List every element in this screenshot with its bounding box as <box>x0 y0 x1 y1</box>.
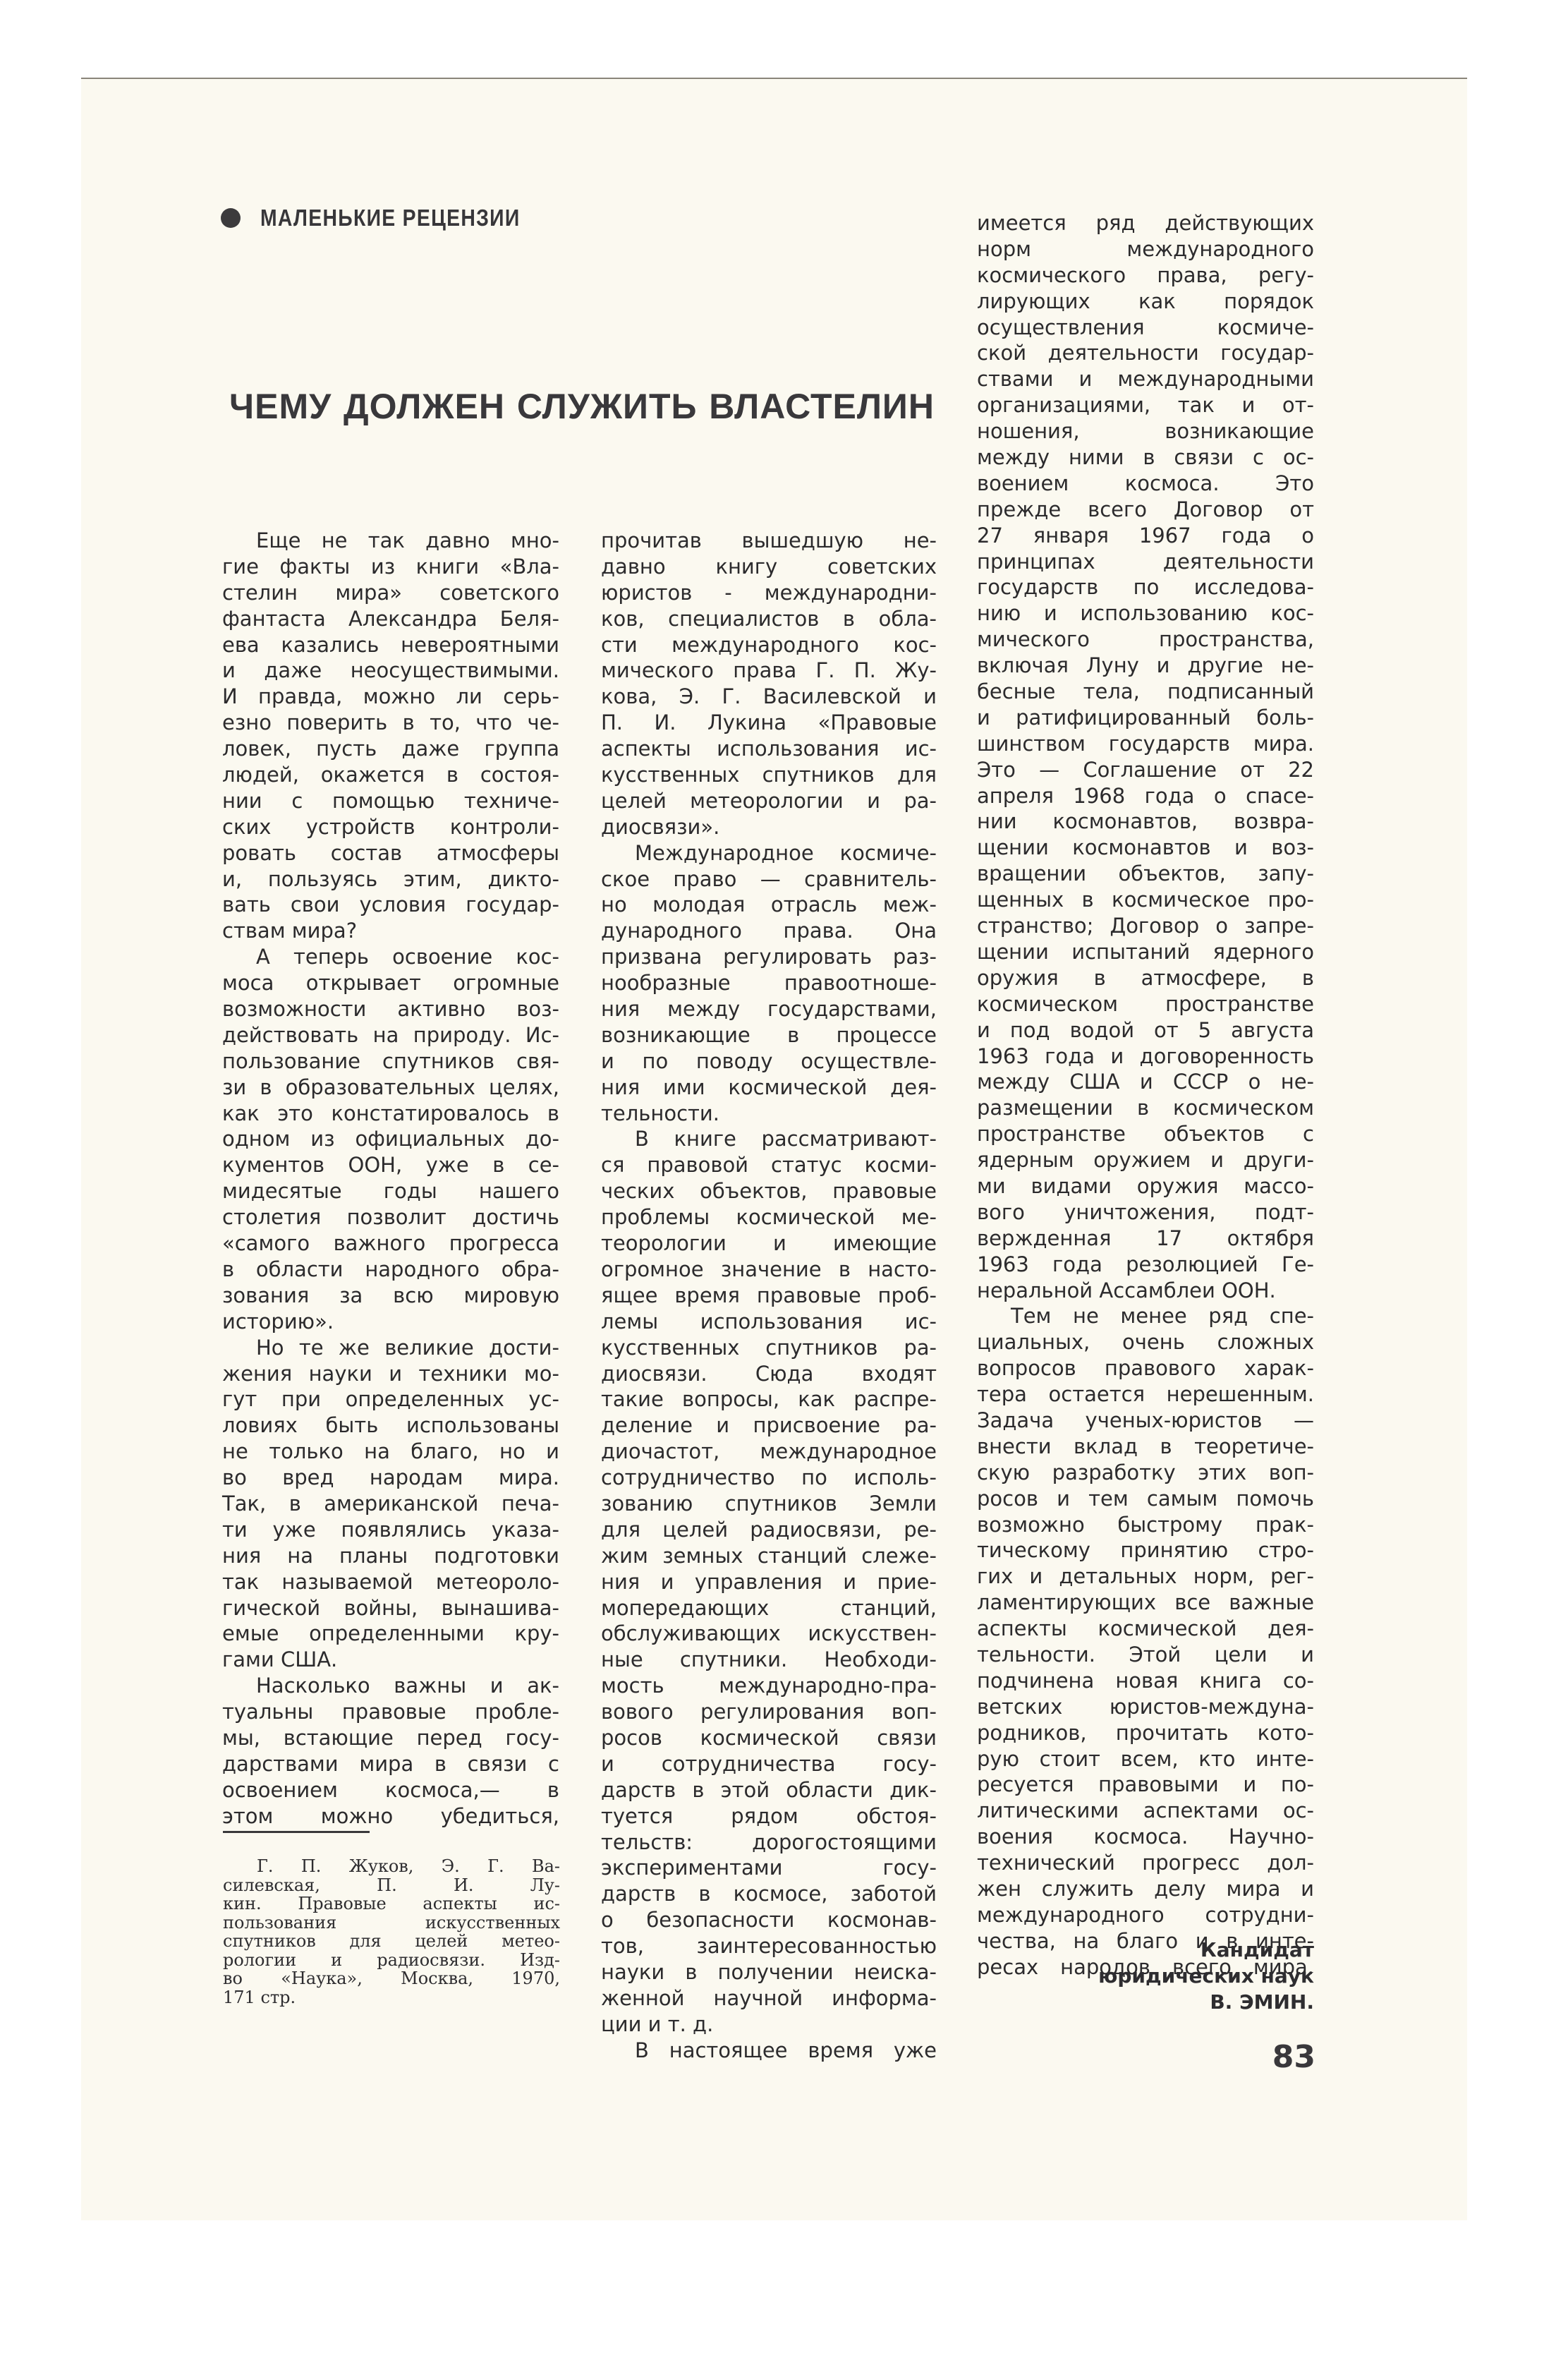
text-column-3: имеется ряд действующихнорм международно… <box>977 210 1314 1980</box>
text-line: диосвязи. Сюда входят <box>601 1361 937 1387</box>
text-line: целей метеорологии и ра- <box>601 788 937 814</box>
text-line: литическими аспектами ос- <box>977 1798 1314 1824</box>
text-line: Так, в американской печа- <box>222 1491 559 1517</box>
text-line: гих и детальных норм, рег- <box>977 1564 1314 1590</box>
text-line: 1963 года резолюцией Ге- <box>977 1252 1314 1278</box>
author-signature: Кандидат юридических наук В. ЭМИН. <box>977 1937 1314 2015</box>
text-line: проблемы космической ме- <box>601 1204 937 1230</box>
text-line: давно книгу советских <box>601 554 937 580</box>
text-line: вать свои условия государ- <box>222 892 559 918</box>
text-line: гами США. <box>222 1647 559 1673</box>
text-line: пользование спутников свя- <box>222 1048 559 1075</box>
text-line: во «Наука», Москва, 1970, <box>223 1969 560 1988</box>
text-line: обслуживающих искусствен- <box>601 1621 937 1647</box>
text-line: огромное значение в насто- <box>601 1257 937 1283</box>
title-word: СЛУЖИТЬ <box>517 387 698 426</box>
text-line: прежде всего Договор от <box>977 497 1314 523</box>
text-line: кова, Э. Г. Василевской и <box>601 684 937 710</box>
section-label: МАЛЕНЬКИЕ РЕЦЕНЗИИ <box>260 205 521 231</box>
text-line: но молодая отрасль меж- <box>601 892 937 918</box>
text-column-2: прочитав вышедшую не-давно книгу советск… <box>601 528 937 2064</box>
text-line: тельств: дорогостоящими <box>601 1829 937 1856</box>
text-line: тельности. <box>601 1101 937 1127</box>
text-line: ских устройств контроли- <box>222 814 559 840</box>
text-line: щенных в космическое про- <box>977 887 1314 913</box>
text-line: 1963 года и договоренность <box>977 1044 1314 1070</box>
title-word: ЧЕМУ <box>229 387 332 426</box>
text-line: сотрудничество по исполь- <box>601 1465 937 1491</box>
text-line: включая Луну и другие не- <box>977 653 1314 679</box>
text-line: ческих объектов, правовые <box>601 1178 937 1204</box>
text-line: и сотрудничества госу- <box>601 1751 937 1777</box>
text-line: оружия в атмосфере, в <box>977 965 1314 991</box>
text-line: вращении объектов, запу- <box>977 861 1314 887</box>
text-line: юристов - международни- <box>601 580 937 606</box>
text-line: ми видами оружия массо- <box>977 1173 1314 1199</box>
text-line: ветских юристов-междуна- <box>977 1694 1314 1720</box>
text-line: вопросов правового харак- <box>977 1355 1314 1381</box>
text-line: ловек, пусть даже группа <box>222 736 559 762</box>
text-line: между ними в связи с ос- <box>977 444 1314 471</box>
text-line: дарств в этой области дик- <box>601 1777 937 1803</box>
text-line: размещении в космическом <box>977 1095 1314 1121</box>
text-line: рую стоит всем, кто инте- <box>977 1746 1314 1772</box>
text-line: ресуется правовыми и по- <box>977 1772 1314 1798</box>
text-line: ламентирующих все важные <box>977 1590 1314 1616</box>
text-line: ствами и международными <box>977 366 1314 392</box>
text-line: родников, прочитать кото- <box>977 1720 1314 1746</box>
text-line: ния и управления и прие- <box>601 1569 937 1595</box>
text-line: столетия позволит достичь <box>222 1204 559 1230</box>
text-line: диосвязи». <box>601 814 937 840</box>
text-line: и по поводу осуществле- <box>601 1048 937 1075</box>
text-line: тов, заинтересованностью <box>601 1933 937 1959</box>
text-line: туальны правовые пробле- <box>222 1699 559 1725</box>
text-line: международного сотрудни- <box>977 1902 1314 1928</box>
text-line: мость международно-пра- <box>601 1673 937 1699</box>
text-line: жим земных станций слеже- <box>601 1543 937 1569</box>
text-line: стелин мира» советского <box>222 580 559 606</box>
text-line: росов космической связи <box>601 1725 937 1751</box>
text-line: Задача ученых-юристов — <box>977 1408 1314 1434</box>
text-line: освоением космоса,— в <box>222 1777 559 1803</box>
text-line: подчинена новая книга со- <box>977 1668 1314 1694</box>
text-line: щении космонавтов и воз- <box>977 835 1314 861</box>
text-line: во вред народам мира. <box>222 1465 559 1491</box>
text-line: ти уже появлялись указа- <box>222 1517 559 1543</box>
text-line: вержденная 17 октября <box>977 1226 1314 1252</box>
text-line: как это констатировалось в <box>222 1101 559 1127</box>
text-line: государств по исследова- <box>977 574 1314 600</box>
text-line: дарствами мира в связи с <box>222 1751 559 1777</box>
text-line: ся правовой статус косми- <box>601 1152 937 1178</box>
text-line: космического права, регу- <box>977 262 1314 289</box>
text-line: Международное космиче- <box>601 840 937 866</box>
text-line: лемы использования ис- <box>601 1309 937 1335</box>
text-line: историю». <box>222 1309 559 1335</box>
text-line: циальных, очень сложных <box>977 1329 1314 1355</box>
text-line: мического права Г. П. Жу- <box>601 658 937 684</box>
text-line: моса открывает огромные <box>222 970 559 996</box>
text-line: мидесятые годы нашего <box>222 1178 559 1204</box>
text-line: космическом пространстве <box>977 991 1314 1017</box>
text-line: «самого важного прогресса <box>222 1230 559 1257</box>
text-line: воением космоса. Это <box>977 471 1314 497</box>
text-line: странство; Договор о запре- <box>977 913 1314 939</box>
text-line: П. И. Лукина «Правовые <box>601 710 937 736</box>
text-line: диочастот, международное <box>601 1439 937 1465</box>
text-line: науки в получении неиска- <box>601 1959 937 1985</box>
text-line: одном из официальных до- <box>222 1126 559 1152</box>
text-line: щении испытаний ядерного <box>977 939 1314 965</box>
text-line: нии космонавтов, возвра- <box>977 809 1314 835</box>
text-line: неральной Ассамблеи ООН. <box>977 1278 1314 1304</box>
text-line: кусственных спутников для <box>601 762 937 788</box>
text-line: езно поверить в то, что че- <box>222 710 559 736</box>
text-line: сти международного кос- <box>601 632 937 658</box>
text-line: нию и использованию кос- <box>977 600 1314 627</box>
text-line: так называемой метеороло- <box>222 1569 559 1595</box>
text-line: такие вопросы, как распре- <box>601 1386 937 1413</box>
text-line: пользования искусственных <box>223 1913 560 1933</box>
text-line: зи в образовательных целях, <box>222 1075 559 1101</box>
text-line: ствам мира? <box>222 918 559 944</box>
text-line: ское право — сравнитель- <box>601 866 937 893</box>
text-line: людей, окажется в состоя- <box>222 762 559 788</box>
text-line: осуществления космиче- <box>977 315 1314 341</box>
text-line: призвана регулировать раз- <box>601 944 937 970</box>
text-line: пространстве объектов с <box>977 1121 1314 1147</box>
text-line: емые определенными кру- <box>222 1621 559 1647</box>
text-line: Но те же великие дости- <box>222 1335 559 1361</box>
text-line: для целей радиосвязи, ре- <box>601 1517 937 1543</box>
text-line: женной научной информа- <box>601 1985 937 2012</box>
text-line: апреля 1968 года о спасе- <box>977 783 1314 809</box>
text-line: возможно быстрому прак- <box>977 1512 1314 1538</box>
text-line: в области народного обра- <box>222 1257 559 1283</box>
text-line: ков, специалистов в обла- <box>601 606 937 632</box>
text-line: вого уничтожения, подт- <box>977 1199 1314 1226</box>
article-title: ЧЕМУ ДОЛЖЕН СЛУЖИТЬ ВЛАСТЕЛИН <box>229 387 935 426</box>
text-line: зования за всю мировую <box>222 1283 559 1309</box>
text-line: ные спутники. Необходи- <box>601 1647 937 1673</box>
page-number: 83 <box>1256 2039 1315 2075</box>
text-line: спутников для целей метео- <box>223 1932 560 1951</box>
text-line: гут при определенных ус- <box>222 1386 559 1413</box>
title-word: ДОЛЖЕН <box>344 387 505 426</box>
text-line: дународного права. Она <box>601 918 937 944</box>
text-line: ношения, возникающие <box>977 418 1314 444</box>
text-line: бесные тела, подписанный <box>977 679 1314 705</box>
text-line: аспекты космической дея- <box>977 1616 1314 1642</box>
text-line: не только на благо, но и <box>222 1439 559 1465</box>
text-line: и, пользуясь этим, дикто- <box>222 866 559 893</box>
text-line: ния на планы подготовки <box>222 1543 559 1569</box>
text-line: 27 января 1967 года о <box>977 523 1314 549</box>
text-line: теорологии и имеющие <box>601 1230 937 1257</box>
text-line: ядерным оружием и други- <box>977 1147 1314 1173</box>
text-line: гие факты из книги «Вла- <box>222 554 559 580</box>
text-line: ева казались невероятными <box>222 632 559 658</box>
title-word: ВЛАСТЕЛИН <box>709 387 935 426</box>
text-line: аспекты использования ис- <box>601 736 937 762</box>
text-line: внести вклад в теоретиче- <box>977 1434 1314 1460</box>
text-line: экспериментами госу- <box>601 1855 937 1881</box>
author-degree: Кандидат <box>977 1937 1314 1963</box>
text-line: ции и т. д. <box>601 2012 937 2038</box>
text-line: ровать состав атмосферы <box>222 840 559 866</box>
text-line: мы, встающие перед госу- <box>222 1725 559 1751</box>
text-line: возможности активно воз- <box>222 996 559 1022</box>
text-line: ния между государствами, <box>601 996 937 1022</box>
text-line: шинством государств мира. <box>977 731 1314 757</box>
text-line: скую разработку этих воп- <box>977 1460 1314 1486</box>
text-line: действовать на природу. Ис- <box>222 1022 559 1048</box>
text-line: лирующих как порядок <box>977 289 1314 315</box>
text-line: технический прогресс дол- <box>977 1850 1314 1876</box>
text-line: зованию спутников Земли <box>601 1491 937 1517</box>
text-line: А теперь освоение кос- <box>222 944 559 970</box>
text-line: между США и СССР о не- <box>977 1069 1314 1095</box>
footnote-divider <box>223 1831 370 1833</box>
text-line: кин. Правовые аспекты ис- <box>223 1894 560 1913</box>
text-line: и даже неосуществимыми. <box>222 658 559 684</box>
text-line: организациями, так и от- <box>977 392 1314 418</box>
text-line: Еще не так давно мно- <box>222 528 559 554</box>
text-line: жен служить делу мира и <box>977 1876 1314 1902</box>
text-line: о безопасности космонав- <box>601 1907 937 1933</box>
text-line: норм международного <box>977 236 1314 262</box>
footnote-bibliography: Г. П. Жуков, Э. Г. Ва-силевская, П. И. Л… <box>223 1857 560 2007</box>
text-line: дарств в космосе, заботой <box>601 1881 937 1907</box>
text-line: В книге рассматривают- <box>601 1126 937 1152</box>
text-line: принципах деятельности <box>977 549 1314 575</box>
text-line: прочитав вышедшую не- <box>601 528 937 554</box>
text-line: Тем не менее ряд спе- <box>977 1303 1314 1329</box>
text-line: фантаста Александра Беля- <box>222 606 559 632</box>
text-line: возникающие в процессе <box>601 1022 937 1048</box>
text-line: жения науки и техники мо- <box>222 1361 559 1387</box>
text-line: ловиях быть использованы <box>222 1413 559 1439</box>
text-line: рологии и радиосвязи. Изд- <box>223 1951 560 1970</box>
text-line: деление и присвоение ра- <box>601 1413 937 1439</box>
text-line: имеется ряд действующих <box>977 210 1314 236</box>
text-line: этом можно убедиться, <box>222 1803 559 1829</box>
text-line: ской деятельности государ- <box>977 340 1314 366</box>
text-line: мического пространства, <box>977 627 1314 653</box>
text-line: и под водой от 5 августа <box>977 1017 1314 1044</box>
text-line: вового регулирования воп- <box>601 1699 937 1725</box>
text-line: росов и тем самым помочь <box>977 1486 1314 1512</box>
bullet-icon <box>221 208 241 228</box>
text-line: ящее время правовые проб- <box>601 1283 937 1309</box>
text-line: туется рядом обстоя- <box>601 1803 937 1829</box>
text-line: Это — Соглашение от 22 <box>977 757 1314 783</box>
text-line: тельности. Этой цели и <box>977 1642 1314 1668</box>
text-line: кусственных спутников ра- <box>601 1335 937 1361</box>
section-header: МАЛЕНЬКИЕ РЕЦЕНЗИИ <box>221 207 563 229</box>
text-line: И правда, можно ли серь- <box>222 684 559 710</box>
author-field: юридических наук <box>977 1963 1314 1989</box>
text-line: нообразные правоотноше- <box>601 970 937 996</box>
text-line: силевская, П. И. Лу- <box>223 1876 560 1895</box>
text-line: мопередающих станций, <box>601 1595 937 1621</box>
text-line: и ратифицированный боль- <box>977 705 1314 731</box>
author-name: В. ЭМИН. <box>977 1989 1314 2015</box>
text-line: тера остается нерешенным. <box>977 1381 1314 1408</box>
text-line: нии с помощью техниче- <box>222 788 559 814</box>
text-line: ния ими космической дея- <box>601 1075 937 1101</box>
text-line: Г. П. Жуков, Э. Г. Ва- <box>223 1857 560 1876</box>
text-line: гической войны, вынашива- <box>222 1595 559 1621</box>
text-line: воения космоса. Научно- <box>977 1824 1314 1850</box>
text-line: Насколько важны и ак- <box>222 1673 559 1699</box>
text-line: тическому принятию стро- <box>977 1537 1314 1564</box>
text-column-1: Еще не так давно мно-гие факты из книги … <box>222 528 559 1829</box>
text-line: кументов ООН, уже в се- <box>222 1152 559 1178</box>
text-line: 171 стр. <box>223 1988 560 2007</box>
text-line: В настоящее время уже <box>601 2038 937 2064</box>
